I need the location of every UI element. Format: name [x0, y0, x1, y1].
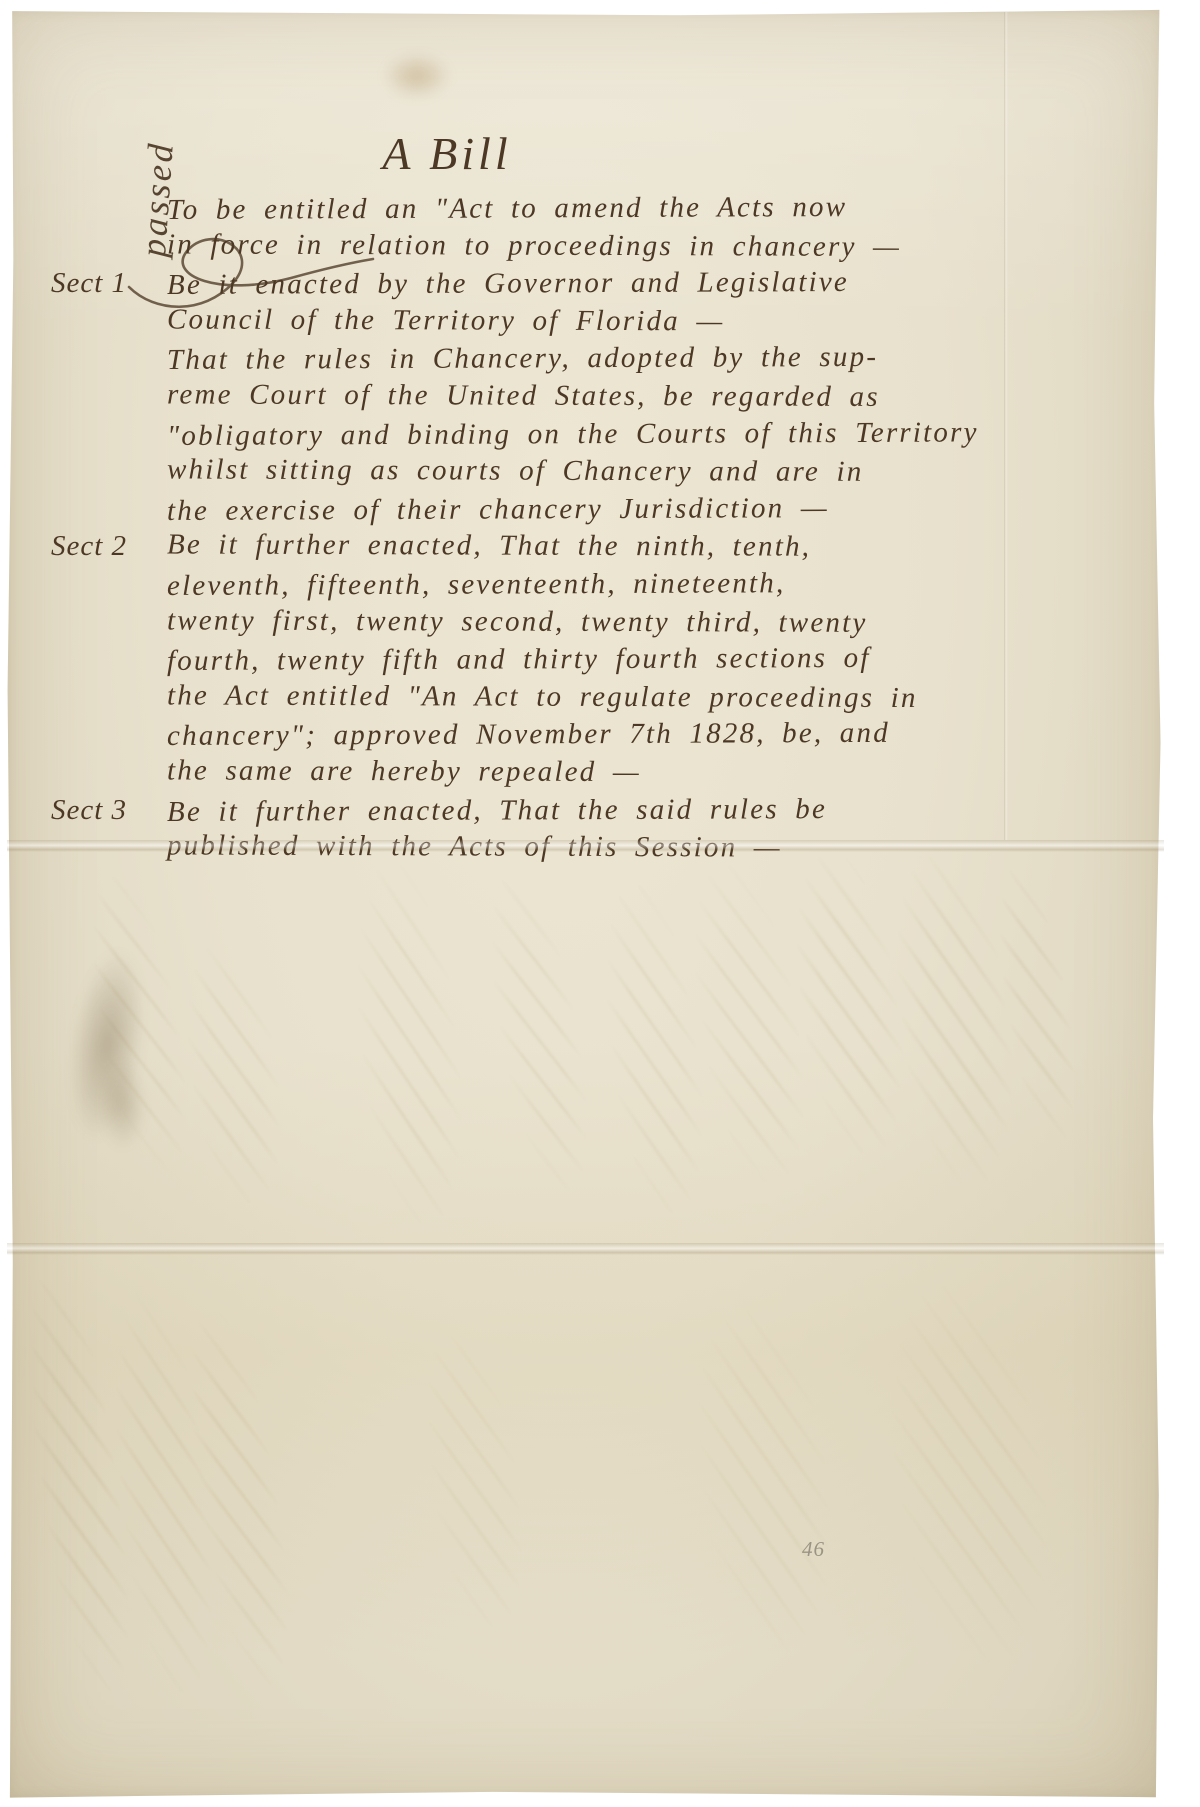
line-text: the Act entitled "An Act to regulate pro…	[167, 679, 1061, 715]
bill-body: To be entitled an "Act to amend the Acts…	[51, 192, 1061, 869]
ink-bleedthrough	[681, 1298, 848, 1661]
ink-bleedthrough	[985, 861, 1088, 1147]
ink-bleedthrough	[173, 1305, 307, 1692]
text-line: Sect 2Be it further enacted, That the ni…	[51, 530, 1061, 568]
ink-bleedthrough	[782, 849, 918, 1159]
line-text: That the rules in Chancery, adopted by t…	[167, 340, 1061, 377]
text-line: "obligatory and binding on the Courts of…	[51, 418, 1061, 456]
line-text: the exercise of their chancery Jurisdict…	[167, 491, 1061, 528]
ink-bleedthrough	[412, 1325, 538, 1634]
ink-bleedthrough	[13, 1271, 146, 1697]
line-text: the same are hereby repealed —	[167, 754, 1061, 790]
text-line: Council of the Territory of Florida —	[51, 305, 1061, 343]
section-label: Sect 2	[51, 530, 167, 563]
section-label: Sect 3	[51, 794, 167, 827]
ink-bleedthrough	[678, 859, 822, 1190]
text-line: To be entitled an "Act to amend the Acts…	[51, 192, 1061, 230]
line-text: reme Court of the United States, be rega…	[167, 378, 1061, 414]
text-line: twenty first, twenty second, twenty thir…	[51, 606, 1061, 644]
line-text: Council of the Territory of Florida —	[167, 303, 1061, 339]
bill-title: A Bill	[167, 127, 727, 180]
line-text: published with the Acts of this Session …	[167, 830, 1061, 866]
ink-bleedthrough	[174, 939, 294, 1208]
text-line: Sect 3Be it further enacted, That the sa…	[51, 794, 1061, 832]
line-text: eleventh, fifteenth, seventeenth, ninete…	[167, 566, 1061, 603]
page-number-pencil: 46	[802, 1537, 825, 1562]
text-line: reme Court of the United States, be rega…	[51, 380, 1061, 418]
ink-bleedthrough	[592, 880, 717, 1218]
line-text: Be it enacted by the Governor and Legisl…	[167, 265, 1061, 302]
line-text: Be it further enacted, That the ninth, t…	[167, 529, 1061, 565]
text-line: fourth, twenty fifth and thirty fourth s…	[51, 643, 1061, 681]
line-text: twenty first, twenty second, twenty thir…	[167, 604, 1061, 640]
line-text: whilst sitting as courts of Chancery and…	[167, 454, 1061, 490]
manuscript-paper: passed A Bill To be entitled an "Act to …	[7, 9, 1164, 1799]
line-text: To be entitled an "Act to amend the Acts…	[167, 190, 1061, 227]
line-text: fourth, twenty fifth and thirty fourth s…	[167, 641, 1061, 678]
text-line: in force in relation to proceedings in c…	[51, 230, 1061, 268]
text-line: published with the Acts of this Session …	[51, 831, 1061, 869]
text-line: chancery"; approved November 7th 1828, b…	[51, 718, 1061, 756]
line-text: in force in relation to proceedings in c…	[167, 228, 1061, 264]
ink-bleedthrough	[343, 860, 475, 1228]
ink-bleedthrough	[77, 870, 203, 1178]
ink-bleedthrough	[871, 1276, 1067, 1672]
ink-bleedthrough	[882, 849, 1026, 1189]
section-label: Sect 1	[51, 267, 167, 300]
line-text: Be it further enacted, That the said rul…	[167, 792, 1061, 829]
text-line: the exercise of their chancery Jurisdict…	[51, 493, 1061, 531]
text-line: That the rules in Chancery, adopted by t…	[51, 342, 1061, 380]
line-text: "obligatory and binding on the Courts of…	[167, 416, 1061, 453]
line-text: chancery"; approved November 7th 1828, b…	[167, 716, 1061, 753]
text-line: eleventh, fifteenth, seventeenth, ninete…	[51, 568, 1061, 606]
text-line: the same are hereby repealed —	[51, 756, 1061, 794]
ink-bleedthrough	[101, 1291, 227, 1698]
text-line: Sect 1Be it enacted by the Governor and …	[51, 267, 1061, 305]
text-line: the Act entitled "An Act to regulate pro…	[51, 681, 1061, 719]
text-line: whilst sitting as courts of Chancery and…	[51, 455, 1061, 493]
ink-bleedthrough	[475, 870, 604, 1198]
